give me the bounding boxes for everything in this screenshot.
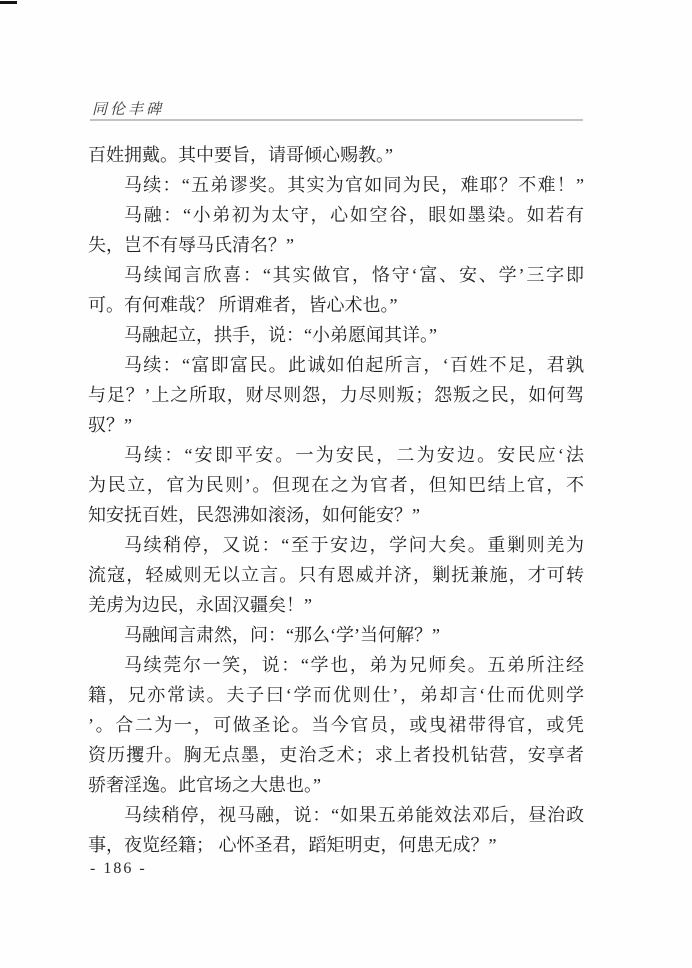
text-line: 失，岂不有辱马氏清名？”: [88, 230, 584, 260]
text-line: 羌虏为边民，永固汉疆矣！”: [88, 590, 584, 620]
header-rule: [90, 119, 583, 121]
text-line: 事，夜览经籍； 心怀圣君，蹈矩明吏，何患无成？”: [88, 830, 584, 860]
page-number: - 186 -: [90, 860, 147, 878]
text-line: 马融起立，拱手，说：“小弟愿闻其详。”: [88, 320, 584, 350]
text-line: 马续闻言欣喜：“其实做官，恪守‘富、安、学’三字即: [88, 260, 584, 290]
text-line: 马续稍停，视马融，说：“如果五弟能效法邓后，昼治政: [88, 800, 584, 830]
body-text: 百姓拥戴。其中要旨，请哥倾心赐教。” 马续：“五弟谬奖。其实为官如同为民，难耶？…: [88, 140, 584, 860]
text-line: 籍，兄亦常读。夫子曰‘学而优则仕’，弟却言‘仕而优则学: [88, 680, 584, 710]
text-line: 骄奢淫逸。此官场之大患也。”: [88, 770, 584, 800]
text-line: 驭？”: [88, 410, 584, 440]
text-line: 马续：“五弟谬奖。其实为官如同为民，难耶？不难！”: [88, 170, 584, 200]
text-line: 流寇，轻威则无以立言。只有恩威并济，剿抚兼施，才可转: [88, 560, 584, 590]
scan-artifact-mark: [0, 1, 17, 4]
text-line: 马融：“小弟初为太守，心如空谷，眼如墨染。如若有: [88, 200, 584, 230]
running-header: 同伦丰碑: [92, 98, 164, 119]
text-line: 资历攫升。胸无点墨，吏治乏术；求上者投机钻营，安享者: [88, 740, 584, 770]
text-line: 马融闻言肃然，问：“那么‘学’当何解？”: [88, 620, 584, 650]
text-line: 马续稍停，又说：“至于安边，学问大矣。重剿则羌为: [88, 530, 584, 560]
text-line: 与足？’上之所取，财尽则怨，力尽则叛；怨叛之民，如何驾: [88, 380, 584, 410]
text-line: 马续莞尔一笑，说：“学也，弟为兄师矣。五弟所注经: [88, 650, 584, 680]
text-line: ’。合二为一，可做圣论。当今官员，或曳裙带得官，或凭: [88, 710, 584, 740]
text-line: 马续：“安即平安。一为安民，二为安边。安民应‘法: [88, 440, 584, 470]
text-line: 可。有何难哉？ 所谓难者，皆心术也。”: [88, 290, 584, 320]
text-line: 为民立，官为民则’。但现在之为官者，但知巴结上官，不: [88, 470, 584, 500]
text-line: 马续：“富即富民。此诚如伯起所言，‘百姓不足，君孰: [88, 350, 584, 380]
book-page: 同伦丰碑 百姓拥戴。其中要旨，请哥倾心赐教。” 马续：“五弟谬奖。其实为官如同为…: [0, 0, 692, 968]
text-line: 知安抚百姓，民怨沸如滚汤，如何能安？”: [88, 500, 584, 530]
text-line: 百姓拥戴。其中要旨，请哥倾心赐教。”: [88, 140, 584, 170]
